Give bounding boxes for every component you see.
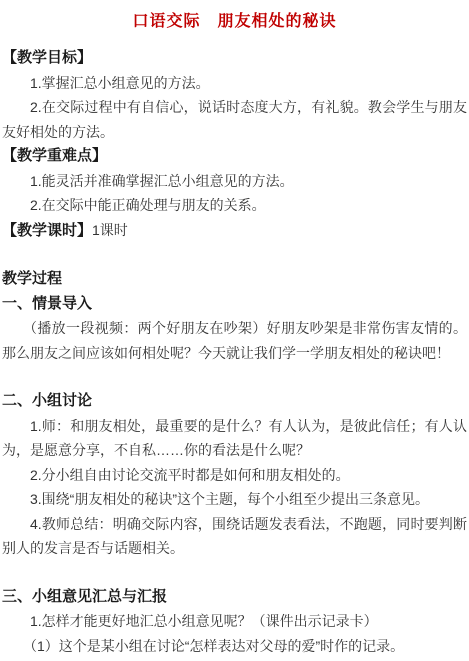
teaching-process-heading: 教学过程: [2, 267, 467, 292]
step-1-heading: 一、情景导入: [2, 292, 467, 317]
step-summary-report: 三、小组意见汇总与汇报 1.怎样才能更好地汇总小组意见呢？（课件出示记录卡） （…: [2, 585, 467, 659]
key-difficulties-heading: 【教学重难点】: [2, 144, 467, 169]
section-teaching-goals: 【教学目标】 1.掌握汇总小组意见的方法。 2.在交际过程中有自信心，说话时态度…: [2, 46, 467, 144]
teaching-goals-heading: 【教学目标】: [2, 46, 467, 71]
step-3-heading: 三、小组意见汇总与汇报: [2, 585, 467, 610]
step-2-paragraph: 2.分小组自由讨论交流平时都是如何和朋友相处的。: [2, 463, 467, 488]
step-scene-introduction: 一、情景导入 （播放一段视频：两个好朋友在吵架）好朋友吵架是非常伤害友情的。那么…: [2, 292, 467, 366]
class-hours-heading: 【教学课时】: [2, 222, 92, 239]
key-difficulties-item: 2.在交际中能正确处理与朋友的关系。: [2, 193, 467, 218]
step-3-paragraph: （1）这个是某小组在讨论“怎样表达对父母的爱”时作的记录。: [2, 634, 467, 659]
step-group-discussion: 二、小组讨论 1.师：和朋友相处，最重要的是什么？有人认为，是彼此信任；有人认为…: [2, 389, 467, 561]
class-hours-value: 1课时: [92, 222, 128, 238]
section-key-difficulties: 【教学重难点】 1.能灵活并准确掌握汇总小组意见的方法。 2.在交际中能正确处理…: [2, 144, 467, 218]
teaching-goals-item: 1.掌握汇总小组意见的方法。: [2, 71, 467, 96]
step-2-heading: 二、小组讨论: [2, 389, 467, 414]
lesson-plan-document: 口语交际 朋友相处的秘诀 【教学目标】 1.掌握汇总小组意见的方法。 2.在交际…: [0, 10, 469, 658]
teaching-goals-item: 2.在交际过程中有自信心，说话时态度大方，有礼貌。教会学生与朋友友好相处的方法。: [2, 95, 467, 144]
step-2-paragraph: 4.教师总结：明确交际内容，围绕话题发表看法，不跑题，同时要判断别人的发言是否与…: [2, 512, 467, 561]
key-difficulties-item: 1.能灵活并准确掌握汇总小组意见的方法。: [2, 169, 467, 194]
page-title: 口语交际 朋友相处的秘诀: [2, 10, 467, 34]
step-2-paragraph: 3.围绕“朋友相处的秘诀”这个主题，每个小组至少提出三条意见。: [2, 487, 467, 512]
class-hours-line: 【教学课时】1课时: [2, 218, 467, 244]
section-class-hours: 【教学课时】1课时: [2, 218, 467, 244]
step-2-paragraph: 1.师：和朋友相处，最重要的是什么？有人认为，是彼此信任；有人认为，是愿意分享，…: [2, 414, 467, 463]
step-1-paragraph: （播放一段视频：两个好朋友在吵架）好朋友吵架是非常伤害友情的。那么朋友之间应该如…: [2, 316, 467, 365]
step-3-paragraph: 1.怎样才能更好地汇总小组意见呢？（课件出示记录卡）: [2, 609, 467, 634]
